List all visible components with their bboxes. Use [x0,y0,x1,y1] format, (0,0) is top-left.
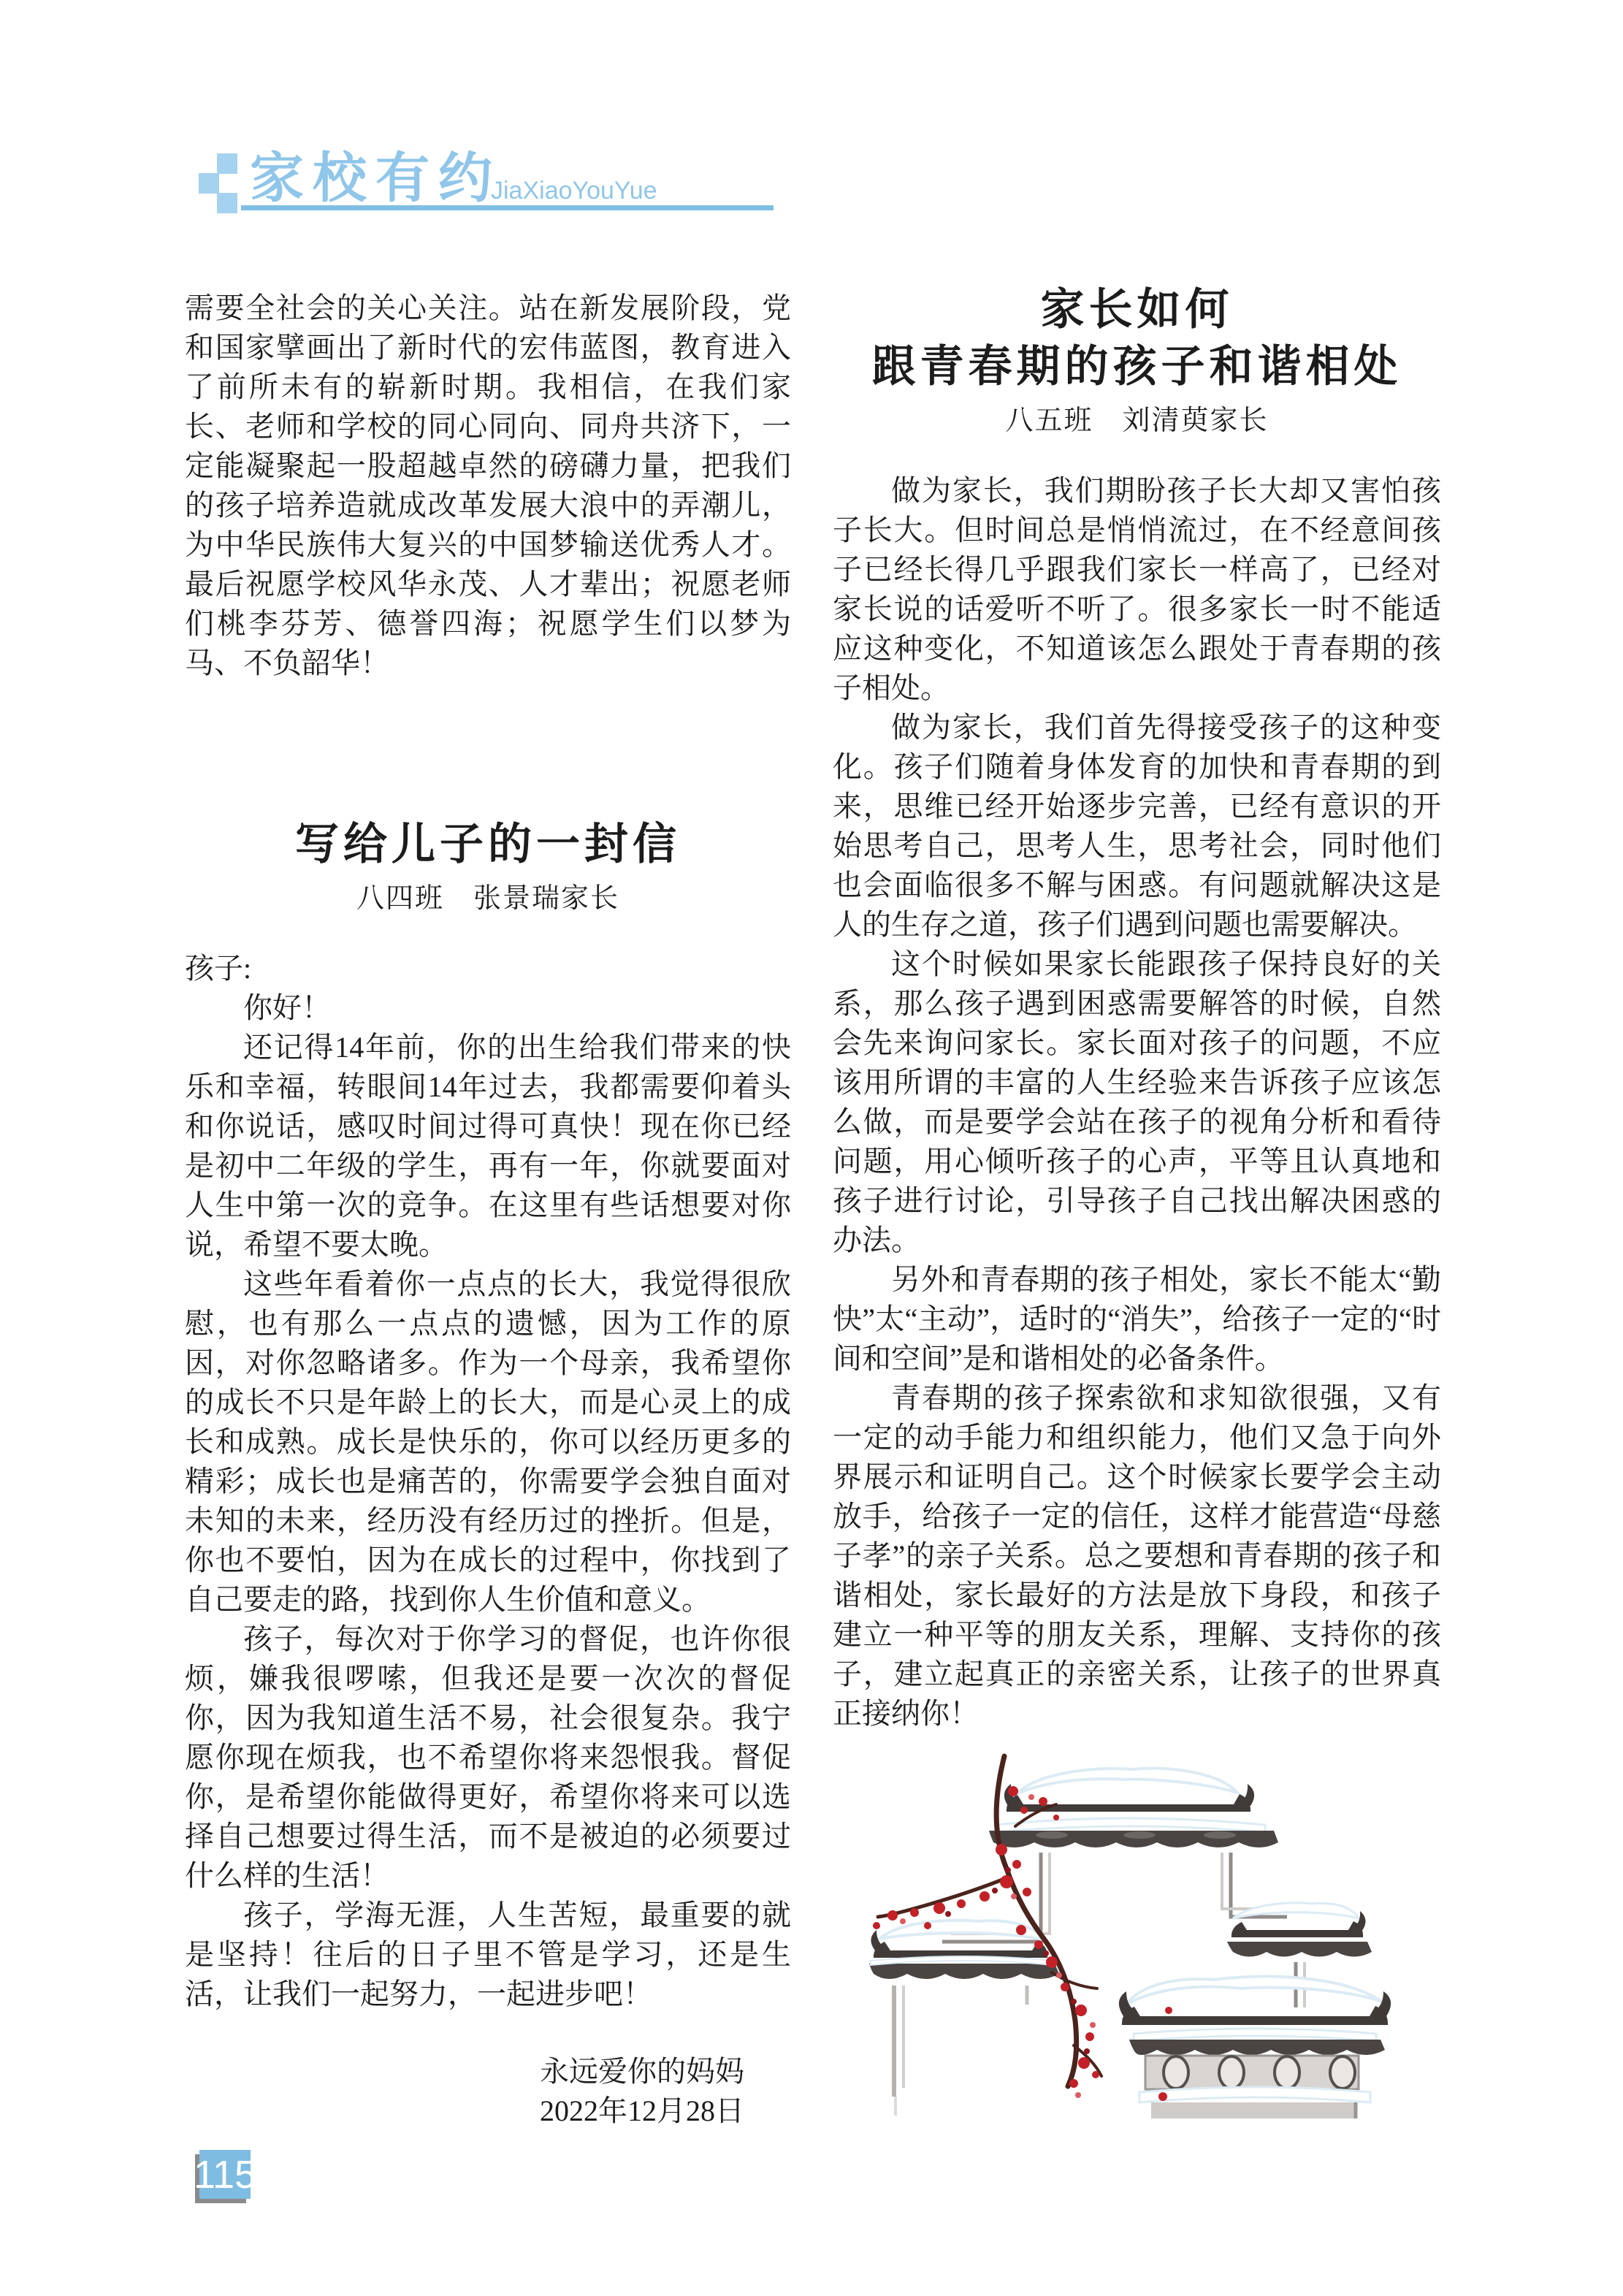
letter-article-byline: 八四班 张景瑞家长 [185,880,791,917]
right-article-title-line2: 跟青春期的孩子和谐相处 [833,338,1441,395]
paragraph: 这个时候如果家长能跟孩子保持良好的关系，那么孩子遇到困惑需要解答的时候，自然会先… [833,945,1441,1260]
right-article-title: 家长如何 跟青春期的孩子和谐相处 [833,281,1441,395]
logo-squares-icon [199,153,238,214]
page-number: 115 [194,2152,256,2197]
letter-article-title: 写给儿子的一封信 [185,816,791,873]
paragraph: 这些年看着你一点点的长大，我觉得很欣慰，也有那么一点点的遗憾，因为工作的原因，对… [185,1265,791,1620]
magazine-page: 家校有约 JiaXiaoYouYue 需要全社会的关心关注。站在新发展阶段，党和… [0,0,1623,2296]
right-article-title-line1: 家长如何 [833,281,1441,338]
letter-salutation: 孩子: [185,949,791,988]
ink-rooftop-illustration [833,1753,1441,2118]
letter-signature: 永远爱你的妈妈 [185,2052,791,2091]
header-underline [241,205,774,210]
section-title: 家校有约 [250,149,501,207]
letter-date: 2022年12月28日 [185,2091,791,2131]
left-column: 需要全社会的关心关注。站在新发展阶段，党和国家擘画出了新时代的宏伟蓝图，教育进入… [185,289,791,2131]
paragraph: 孩子，学海无涯，人生苦短，最重要的就是坚持！往后的日子里不管是学习，还是生活，让… [185,1896,791,2014]
page-number-badge: 115 [199,2150,251,2199]
logo-square [217,153,237,174]
right-article-byline: 八五班 刘清萸家长 [833,403,1441,439]
intro-continuation-paragraph: 需要全社会的关心关注。站在新发展阶段，党和国家擘画出了新时代的宏伟蓝图，教育进入… [185,289,791,683]
paragraph: 做为家长，我们首先得接受孩子的这种变化。孩子们随着身体发育的加快和青春期的到来，… [833,708,1441,945]
paragraph: 另外和青春期的孩子相处，家长不能太“勤快”太“主动”，适时的“消失”，给孩子一定… [833,1260,1441,1378]
letter-body: 你好！还记得14年前，你的出生给我们带来的快乐和幸福，转眼间14年过去，我都需要… [185,988,791,2014]
paragraph: 你好！ [185,988,791,1028]
paragraph: 孩子，每次对于你学习的督促，也许你很烦，嫌我很啰嗦，但我还是要一次次的督促你，因… [185,1620,791,1896]
right-column: 家长如何 跟青春期的孩子和谐相处 八五班 刘清萸家长 做为家长，我们期盼孩子长大… [833,281,1441,1734]
paragraph: 还记得14年前，你的出生给我们带来的快乐和幸福，转眼间14年过去，我都需要仰着头… [185,1028,791,1265]
paragraph: 做为家长，我们期盼孩子长大却又害怕孩子长大。但时间总是悄悄流过，在不经意间孩子已… [833,471,1441,708]
rooftop-snow-plum-artwork [833,1753,1441,2118]
logo-square [217,193,237,213]
paragraph: 青春期的孩子探索欲和求知欲很强，又有一定的动手能力和组织能力，他们又急于向外界展… [833,1378,1441,1734]
logo-square [199,173,219,194]
section-subtitle: JiaXiaoYouYue [491,177,657,205]
right-article-body: 做为家长，我们期盼孩子长大却又害怕孩子长大。但时间总是悄悄流过，在不经意间孩子已… [833,471,1441,1734]
